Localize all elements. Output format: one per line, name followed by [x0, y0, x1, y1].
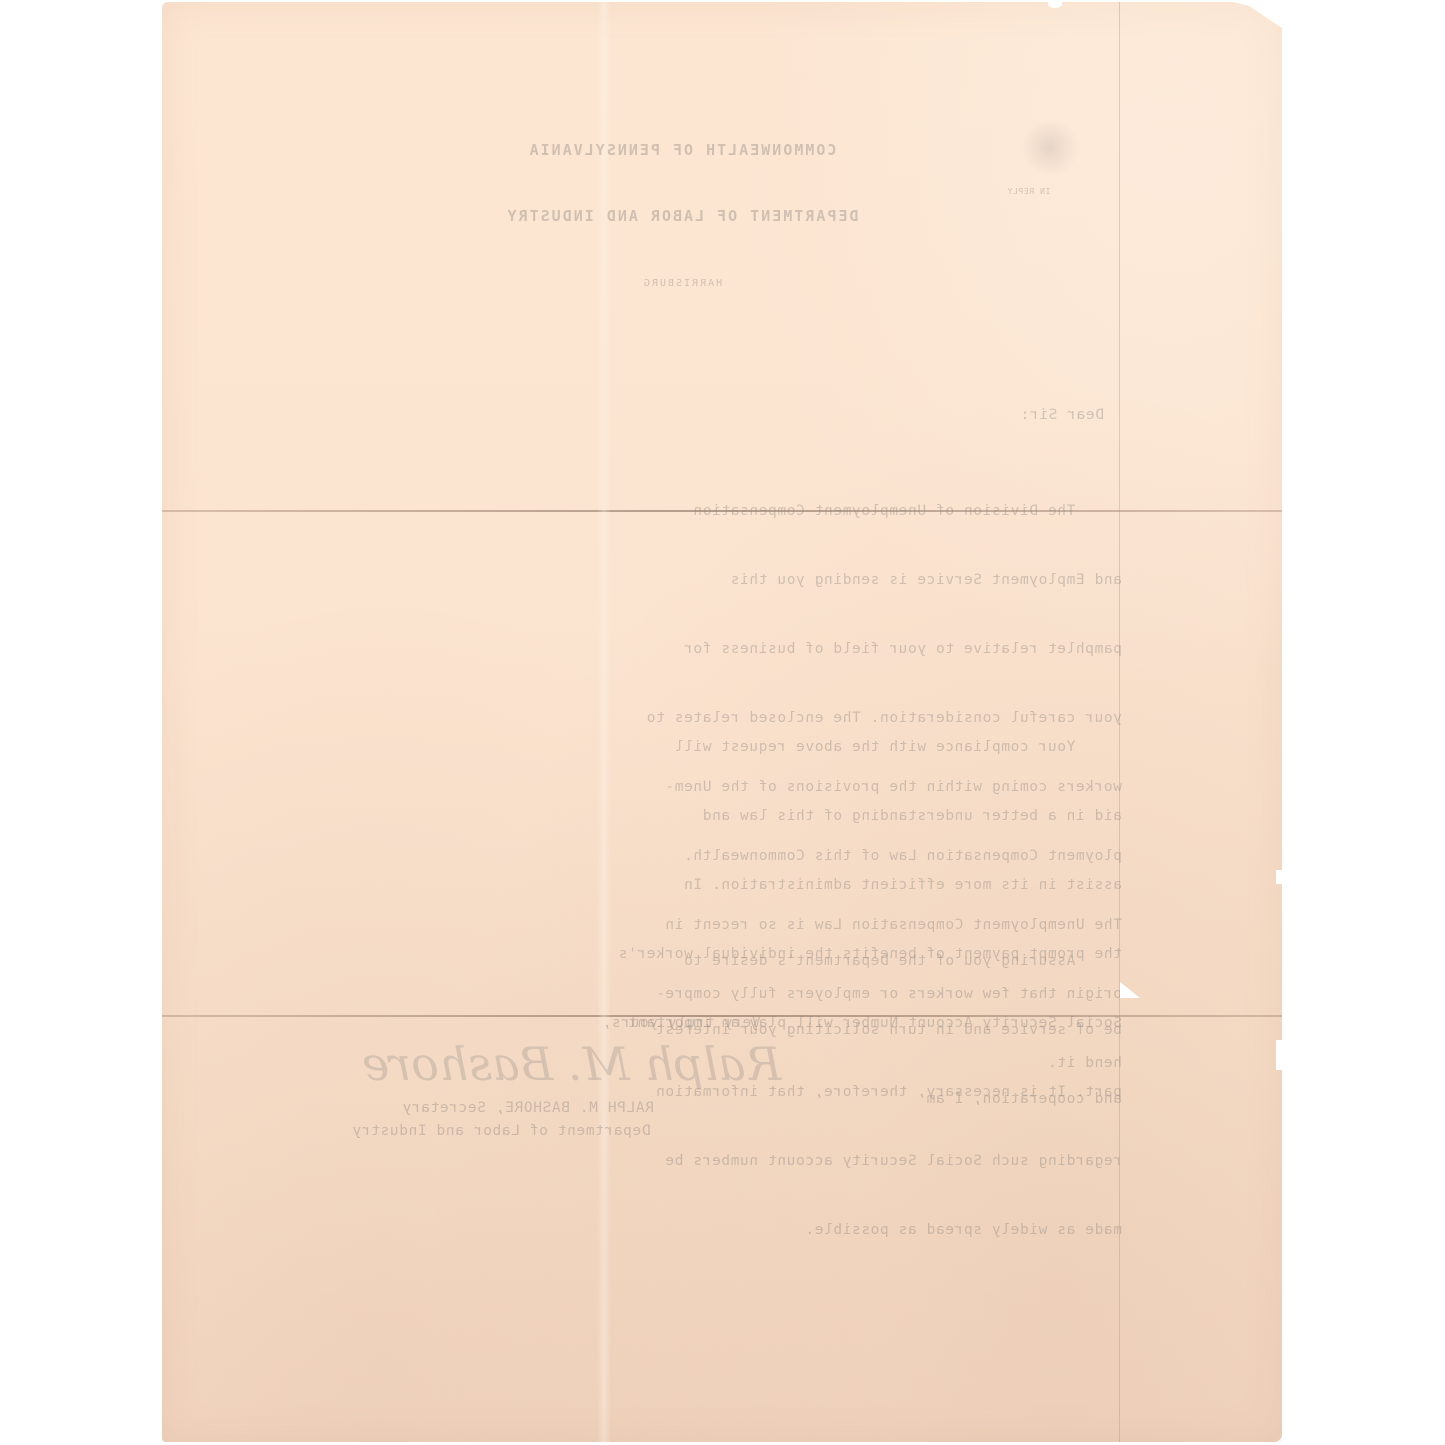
- signer-department-show-through: Department of Labor and Industry: [352, 1120, 651, 1143]
- signature-show-through: Ralph M. Bashore: [362, 1037, 781, 1091]
- letterhead-commonwealth: COMMONWEALTH OF PENNSYLVANIA: [442, 140, 922, 160]
- right-edge-tear: [1276, 1040, 1286, 1070]
- state-seal-show-through-icon: [1020, 120, 1080, 175]
- right-edge-nick: [1276, 870, 1284, 884]
- letterhead-show-through: COMMONWEALTH OF PENNSYLVANIA DEPARTMENT …: [442, 94, 922, 341]
- letterhead-city: HARRISBURG: [442, 272, 922, 295]
- signer-name-show-through: RALPH M. BASHORE, Secretary: [402, 1097, 654, 1120]
- letter-paper-reverse: COMMONWEALTH OF PENNSYLVANIA DEPARTMENT …: [162, 2, 1282, 1442]
- letterhead-department: DEPARTMENT OF LABOR AND INDUSTRY: [442, 206, 922, 226]
- salutation-show-through: Dear Sir:: [1020, 404, 1104, 427]
- top-edge-tear: [1048, 0, 1062, 8]
- closing-show-through: Very truly yours,: [602, 1012, 761, 1035]
- in-reply-show-through: IN REPLY: [1007, 187, 1050, 197]
